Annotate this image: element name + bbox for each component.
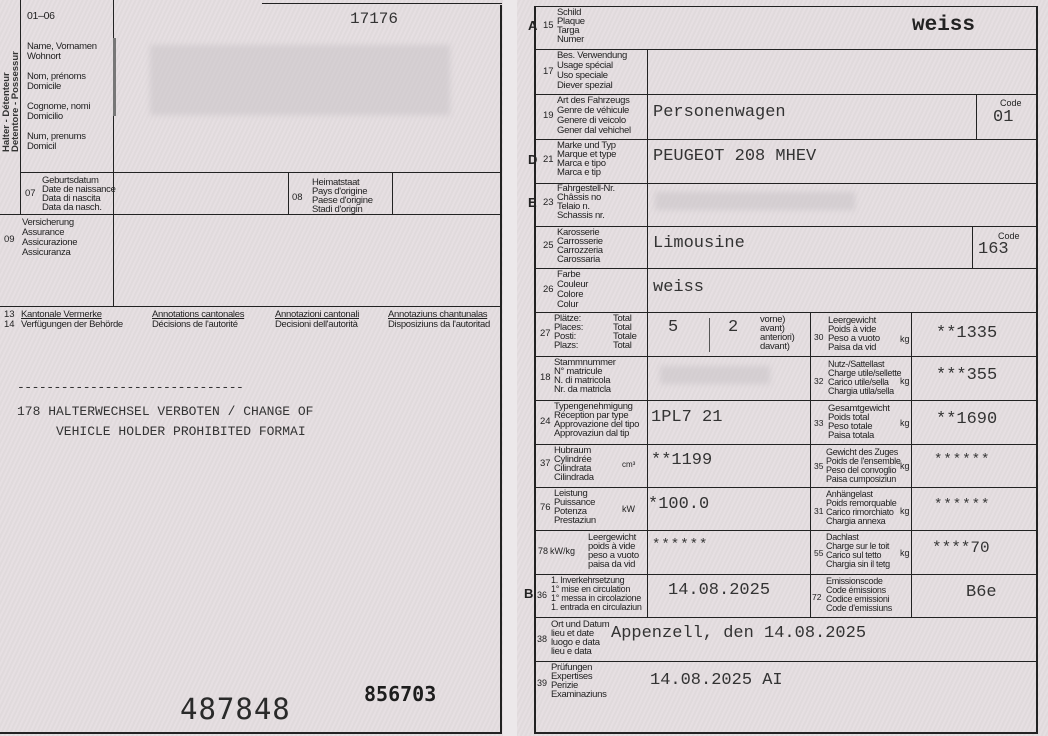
annotations-fr-2: Décisions de l'autorité <box>152 320 238 330</box>
emission-code-code: 72 <box>812 592 821 602</box>
total-weight-unit: kg <box>900 418 910 428</box>
emission-code-label-rm: Code d'emissiuns <box>826 604 892 614</box>
annotations-it-2: Decisioni dell'autorità <box>275 320 358 330</box>
right-page-top-border <box>534 6 1038 7</box>
bottom-number-small: 856703 <box>364 682 436 706</box>
body-code-value: 163 <box>978 240 1009 259</box>
roof-load-label-rm: Chargia sin il tetg <box>826 560 890 570</box>
displacement-code: 37 <box>540 458 551 469</box>
inspections-value: 14.08.2025 AI <box>650 671 783 690</box>
power-unit: kW <box>622 504 635 514</box>
chassis-redacted-value <box>655 192 855 210</box>
section-letter-a: A <box>528 18 537 33</box>
trailer-load-value: ****** <box>934 497 990 513</box>
color-label-rm: Colur <box>557 300 578 310</box>
remark-separator: ------------------------------- <box>17 380 243 395</box>
payload-value: ***355 <box>936 366 997 385</box>
insurance-top-border <box>0 214 502 215</box>
displacement-unit: cm³ <box>622 460 635 469</box>
matriculation-code: 18 <box>540 372 551 383</box>
place-date-code: 38 <box>537 634 547 644</box>
empty-weight-label-rm: Paisa da vid <box>828 343 876 353</box>
vehicle-type-label-rm: Gener dal vehichel <box>557 126 631 136</box>
type-approval-label-rm: Approvaziun dal tip <box>554 429 629 439</box>
payload-label-rm: Chargia utila/sella <box>828 387 894 397</box>
empty-weight-value: **1335 <box>936 324 997 343</box>
vehicle-type-value: Personenwagen <box>653 103 786 122</box>
top-border <box>262 3 502 4</box>
type-approval-code: 24 <box>540 416 551 427</box>
row-line-38 <box>534 661 1038 662</box>
displacement-label-rm: Cilindrada <box>554 473 594 483</box>
trailer-load-code: 31 <box>814 506 823 516</box>
first-registration-label-rm: 1. entrada en circulaziun <box>551 603 642 613</box>
train-weight-unit: kg <box>900 461 910 471</box>
vehicle-type-code-value: 01 <box>993 108 1013 127</box>
chassis-code: 23 <box>543 197 554 208</box>
first-registration-value: 14.08.2025 <box>668 581 770 600</box>
page-fold <box>503 0 517 736</box>
value-column-border-36 <box>647 574 648 617</box>
empty-weight-unit: kg <box>900 334 910 344</box>
total-weight-value: **1690 <box>936 410 997 429</box>
vehicle-type-code: 19 <box>543 110 554 121</box>
holder-field-range: 01–06 <box>27 12 55 22</box>
power-weight-code: 78 <box>538 546 548 556</box>
section-letter-d: D <box>528 152 537 167</box>
place-date-value: Appenzell, den 14.08.2025 <box>611 624 866 643</box>
plate-code: 15 <box>543 20 554 31</box>
birthdate-top-border <box>20 172 502 173</box>
bottom-number-large: 487848 <box>180 692 291 726</box>
train-weight-value: ****** <box>934 452 990 468</box>
payload-code: 32 <box>814 376 823 386</box>
insurance-label-rm: Assicuranza <box>22 248 70 258</box>
right-page-left-border <box>534 6 536 734</box>
body-code: 25 <box>543 240 554 251</box>
power-weight-unit: kW/kg <box>550 546 575 556</box>
annotations-code-14: 14 <box>4 319 15 330</box>
scan-mark <box>113 38 116 116</box>
roof-load-value: ****70 <box>932 539 990 557</box>
make-model-value: PEUGEOT 208 MHEV <box>653 147 816 166</box>
total-weight-code: 33 <box>814 418 823 428</box>
special-use-code: 17 <box>543 66 554 77</box>
train-weight-code: 35 <box>814 461 823 471</box>
body-label-rm: Carossaria <box>557 255 600 265</box>
origin-code: 08 <box>292 192 303 203</box>
section-letter-b: B <box>524 586 533 601</box>
vehicle-type-code-label: Code <box>1000 98 1022 108</box>
holder-vertical-label-2: Detentore - Possessur <box>11 51 21 152</box>
matriculation-redacted-value <box>660 366 770 384</box>
plate-value: weiss <box>912 14 975 37</box>
holder-redacted-value <box>150 45 450 115</box>
power-code: 76 <box>540 502 551 513</box>
annotations-de-2: Verfügungen der Behörde <box>21 320 123 330</box>
code-19-border <box>976 94 977 139</box>
matriculation-label-rm: Nr. da matricla <box>554 385 611 395</box>
seats-front-label-rm: davant) <box>760 342 790 352</box>
bottom-border <box>0 732 502 734</box>
seats-total-value: 5 <box>668 318 678 337</box>
left-page-right-border <box>500 5 502 734</box>
color-code: 26 <box>543 284 554 295</box>
power-label-rm: Prestaziun <box>554 516 596 526</box>
make-model-code: 21 <box>543 154 554 165</box>
displacement-value: **1199 <box>651 451 712 470</box>
section-letter-e: E <box>528 195 537 210</box>
birthdate-code: 07 <box>25 188 36 199</box>
color-value: weiss <box>653 278 704 297</box>
birthdate-label-rm: Data da nasch. <box>42 203 102 213</box>
origin-left-border <box>288 172 289 215</box>
row-line-23 <box>534 226 1038 227</box>
special-use-label-rm: Diever spezial <box>557 81 612 91</box>
total-weight-label-rm: Paisa totala <box>828 431 874 441</box>
holder-label-it-2: Domicilio <box>27 112 63 122</box>
payload-unit: kg <box>900 376 910 386</box>
row-line-25 <box>534 268 1038 269</box>
trailer-load-unit: kg <box>900 506 910 516</box>
right-page-bottom-border <box>534 732 1038 734</box>
right-value-border <box>911 312 912 617</box>
inspections-code: 39 <box>537 678 547 688</box>
first-registration-code: 36 <box>537 590 547 600</box>
make-model-label-rm: Marca e tip <box>557 168 601 178</box>
insurance-code: 09 <box>4 234 15 245</box>
row-line-36 <box>534 617 1038 618</box>
right-page-right-border <box>1036 6 1038 734</box>
body-value: Limousine <box>653 234 745 253</box>
seats-total-label-rm: Total <box>613 341 632 351</box>
remark-line-2: VEHICLE HOLDER PROHIBITED FORMAI <box>56 424 306 439</box>
right-label-border <box>810 312 811 617</box>
place-date-label-rm: lieu e data <box>551 647 592 657</box>
trailer-load-label-rm: Chargia annexa <box>826 517 885 527</box>
plate-label-rm: Numer <box>557 35 584 45</box>
holder-label-de-2: Wohnort <box>27 52 61 62</box>
holder-label-rm-2: Domicil <box>27 142 56 152</box>
power-weight-label-rm: paisa da vid <box>588 560 635 570</box>
holder-top-number: 17176 <box>350 10 398 28</box>
row-line-37 <box>534 487 1038 488</box>
holder-label-fr-2: Domicile <box>27 82 61 92</box>
seats-code: 27 <box>540 328 551 339</box>
inspections-label-rm: Examinaziuns <box>551 690 607 700</box>
emission-code-value: B6e <box>966 583 997 602</box>
roof-load-code: 55 <box>814 548 823 558</box>
power-weight-value: ****** <box>652 537 708 553</box>
chassis-label-rm: Schassis nr. <box>557 211 605 221</box>
seats-divider <box>709 318 710 352</box>
roof-load-unit: kg <box>900 548 910 558</box>
row-line-26 <box>534 312 1038 313</box>
row-line-24 <box>534 444 1038 445</box>
origin-label-rm: Stadi d'origin <box>312 205 362 215</box>
empty-weight-code: 30 <box>814 332 823 342</box>
annotations-top-border <box>0 306 502 307</box>
type-approval-value: 1PL7 21 <box>651 408 722 427</box>
train-weight-label-rm: Paisa cumposiziun <box>826 475 896 485</box>
remark-line-1: 178 HALTERWECHSEL VERBOTEN / CHANGE OF <box>17 404 313 419</box>
annotations-rm-2: Disposiziuns da l'autoritad <box>388 320 490 330</box>
row-line-76 <box>534 530 1038 531</box>
origin-value-border <box>392 172 393 215</box>
power-value: *100.0 <box>648 495 709 514</box>
seats-label-rm: Plazs: <box>554 341 578 351</box>
code-25-border <box>972 226 973 268</box>
seats-front-value: 2 <box>728 318 738 337</box>
